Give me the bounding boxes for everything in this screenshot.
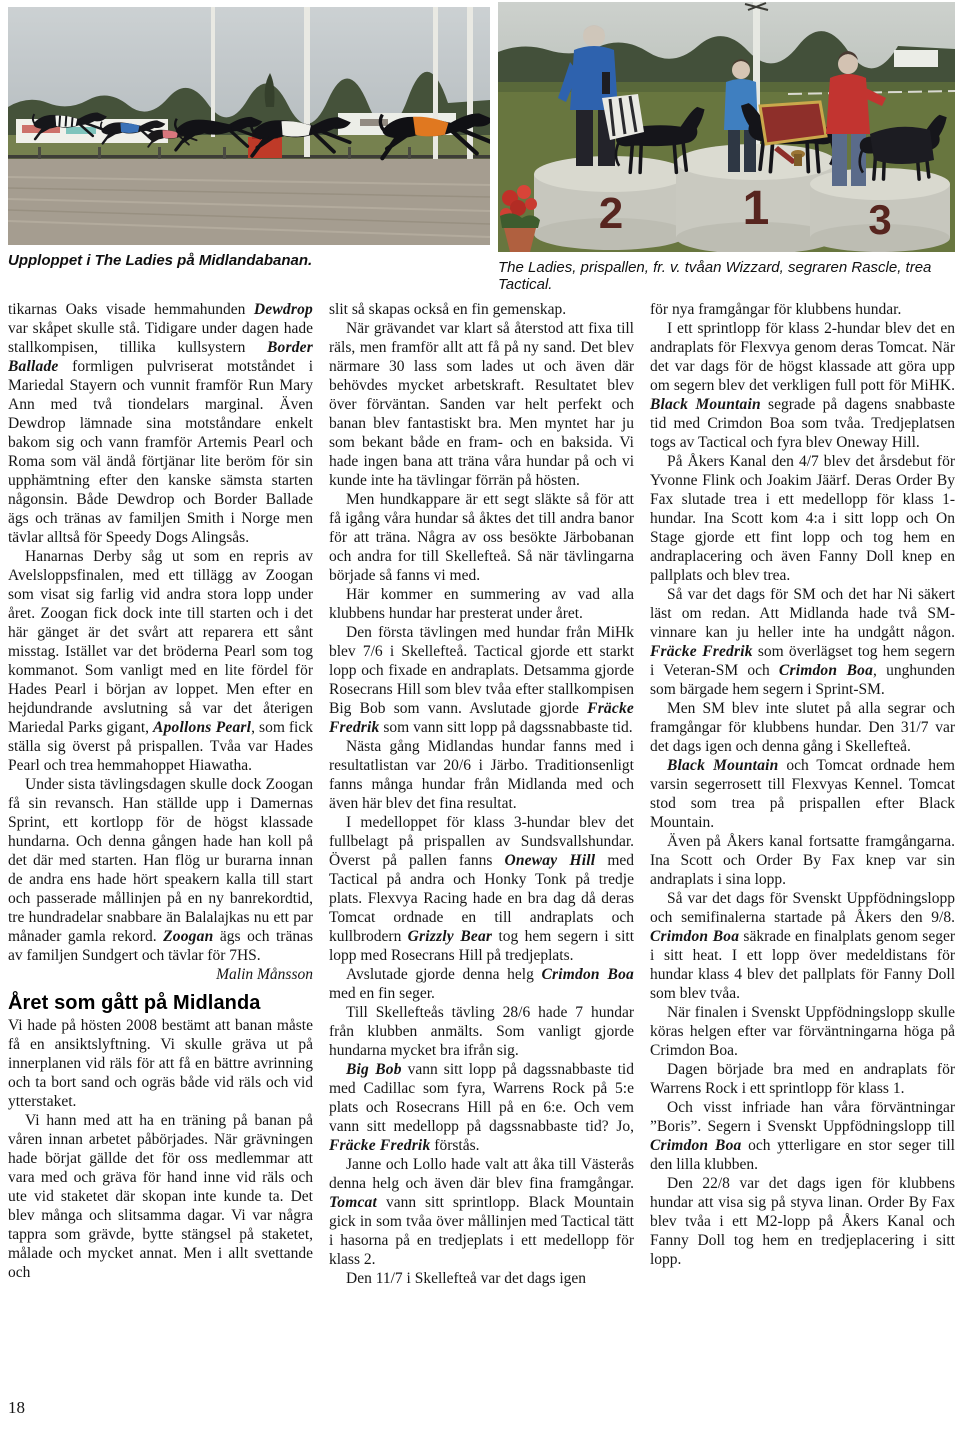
- podium-number-1: 1: [743, 182, 770, 235]
- paragraph: Avslutade gjorde denna helg Crimdon Boa …: [329, 965, 634, 1003]
- paragraph: Vi hann med att ha en träning på banan p…: [8, 1111, 313, 1282]
- paragraph: I ett sprintlopp för klass 2-hundar blev…: [650, 319, 955, 452]
- billboard-mark: [360, 119, 388, 126]
- text-column-3: för nya framgångar för klubbens hundar.I…: [650, 300, 955, 1398]
- paragraph: Dagen började bra med en andraplats för …: [650, 1060, 955, 1098]
- paragraph: Den första tävlingen med hundar från MiH…: [329, 623, 634, 737]
- paragraph: Hanarnas Derby såg ut som en repris av A…: [8, 547, 313, 775]
- paragraph: Black Mountain och Tomcat ordnade hem va…: [650, 756, 955, 832]
- paragraph: Så var det dags för SM och det har Ni sä…: [650, 585, 955, 699]
- paragraph: Vi hade på hösten 2008 bestämt att banan…: [8, 1016, 313, 1111]
- paragraph: Den 22/8 var det dags igen för klubbens …: [650, 1174, 955, 1269]
- background-sign: [894, 50, 938, 67]
- podium-2: 2: [534, 156, 688, 250]
- paragraph: Här kommer en summering av vad alla klub…: [329, 585, 634, 623]
- paragraph: Men SM blev inte slutet på alla segrar o…: [650, 699, 955, 756]
- paragraph: Under sista tävlingsdagen skulle dock Zo…: [8, 775, 313, 965]
- paragraph: Så var det dags för Svenskt Uppfödningsl…: [650, 889, 955, 1003]
- paragraph: Janne och Lollo hade valt att åka till V…: [329, 1155, 634, 1269]
- paragraph: tikarnas Oaks visade hemmahunden Dewdrop…: [8, 300, 313, 547]
- magazine-page: Upploppet i The Ladies på Midlandabanan.: [0, 0, 960, 1436]
- podium-number-2: 2: [599, 189, 623, 238]
- race-photo-caption: Upploppet i The Ladies på Midlandabanan.: [8, 252, 490, 269]
- billboard-mark: [66, 127, 96, 134]
- trophy-base: [794, 154, 802, 166]
- race-photo-figure: Upploppet i The Ladies på Midlandabanan.: [8, 7, 490, 269]
- paragraph: På Åkers Kanal den 4/7 blev det årsdebut…: [650, 452, 955, 585]
- paragraph: Och visst infriade han våra förväntninga…: [650, 1098, 955, 1174]
- paragraph: Den 11/7 i Skellefteå var det dags igen: [329, 1269, 634, 1288]
- dog-coat-black: [870, 127, 934, 164]
- sand-track: [8, 159, 490, 245]
- article-columns: tikarnas Oaks visade hemmahunden Dewdrop…: [8, 300, 955, 1398]
- text-column-1: tikarnas Oaks visade hemmahunden Dewdrop…: [8, 300, 313, 1398]
- paragraph: Även på Åkers kanal fortsatte framgångar…: [650, 832, 955, 889]
- paragraph: När grävandet var klart så återstod att …: [329, 319, 634, 490]
- page-number: 18: [8, 1398, 25, 1418]
- podium-3: 3: [810, 168, 950, 252]
- paragraph: Men hundkappare är ett segt släkte så fö…: [329, 490, 634, 585]
- podium-photo-caption: The Ladies, prispallen, fr. v. tvåan Wiz…: [498, 259, 944, 293]
- paragraph: Till Skellefteås tävling 28/6 hade 7 hun…: [329, 1003, 634, 1060]
- paragraph: När finalen i Svenskt Uppfödningslopp sk…: [650, 1003, 955, 1060]
- paragraph: Big Bob vann sitt lopp på dagssnabbaste …: [329, 1060, 634, 1155]
- podium-photo: 2 1 3: [498, 2, 955, 252]
- race-photo: [8, 7, 490, 245]
- text-column-2: slit så skapas också en fin gemenskap.Nä…: [329, 300, 634, 1398]
- paragraph: Nästa gång Midlandas hundar fanns med i …: [329, 737, 634, 813]
- trophy-bottle: [602, 72, 610, 94]
- paragraph: slit så skapas också en fin gemenskap.: [329, 300, 634, 319]
- paragraph: I medelloppet för klass 3-hundar blev de…: [329, 813, 634, 965]
- byline: Malin Månsson: [8, 965, 313, 984]
- paragraph: för nya framgångar för klubbens hundar.: [650, 300, 955, 319]
- podium-number-3: 3: [868, 196, 891, 243]
- podium-photo-figure: 2 1 3: [498, 2, 955, 293]
- section-heading: Året som gått på Midlanda: [8, 994, 313, 1013]
